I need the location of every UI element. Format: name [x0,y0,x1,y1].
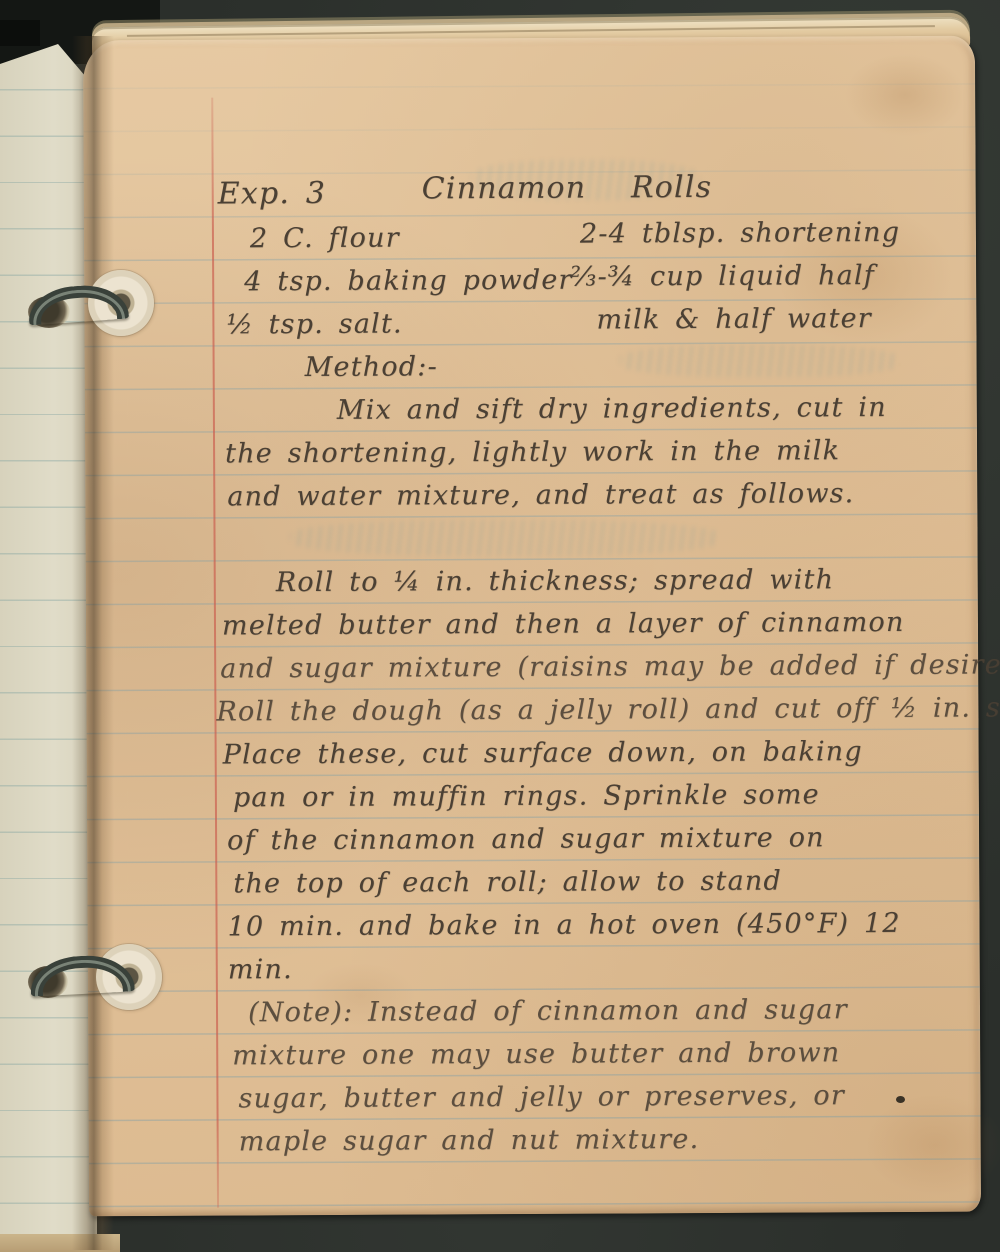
ingredient-liquid: ⅔-¾ cup liquid half [570,259,875,295]
directions-line: Roll to ¼ in. thickness; spread with [276,563,835,600]
note-line: mixture one may use butter and brown [232,1036,840,1073]
directions-line: 10 min. and bake in a hot oven (450°F) 1… [227,907,900,945]
method-line: Mix and sift dry ingredients, cut in [337,391,887,428]
handwriting-layer: Exp. 3 Cinnamon Rolls 2 C. flour 2-4 tbl… [0,0,1000,1252]
directions-line: pan or in muffin rings. Sprinkle some [233,778,820,815]
directions-line: melted butter and then a layer of cinnam… [222,606,905,644]
ingredient-liquid-cont: milk & half water [596,302,872,337]
method-line: the shortening, lightly work in the milk [225,434,840,471]
ingredient-shortening: 2-4 tblsp. shortening [580,216,900,252]
method-line: and water mixture, and treat as follows. [227,477,854,514]
directions-line: of the cinnamon and sugar mixture on [227,821,825,858]
directions-line: min. [228,953,293,987]
notebook-photo: Exp. 3 Cinnamon Rolls 2 C. flour 2-4 tbl… [0,0,1000,1252]
note-line: maple sugar and nut mixture. [239,1123,700,1159]
directions-line: and sugar mixture (raisins may be added … [220,648,1000,686]
note-line: sugar, butter and jelly or preserves, or [238,1079,845,1116]
directions-line: Place these, cut surface down, on baking [223,735,863,772]
experiment-label: Exp. 3 [218,177,327,212]
ingredient-flour: 2 C. flour [250,222,400,257]
recipe-title: Cinnamon Rolls [422,171,713,207]
directions-line: the top of each roll; allow to stand [233,865,782,902]
ingredient-baking-powder: 4 tsp. baking powder [244,264,573,300]
method-label: Method:- [305,350,438,385]
directions-line: Roll the dough (as a jelly roll) and cut… [216,691,1000,730]
ingredient-salt: ½ tsp. salt. [226,308,403,343]
note-line: (Note): Instead of cinnamon and sugar [248,993,848,1030]
